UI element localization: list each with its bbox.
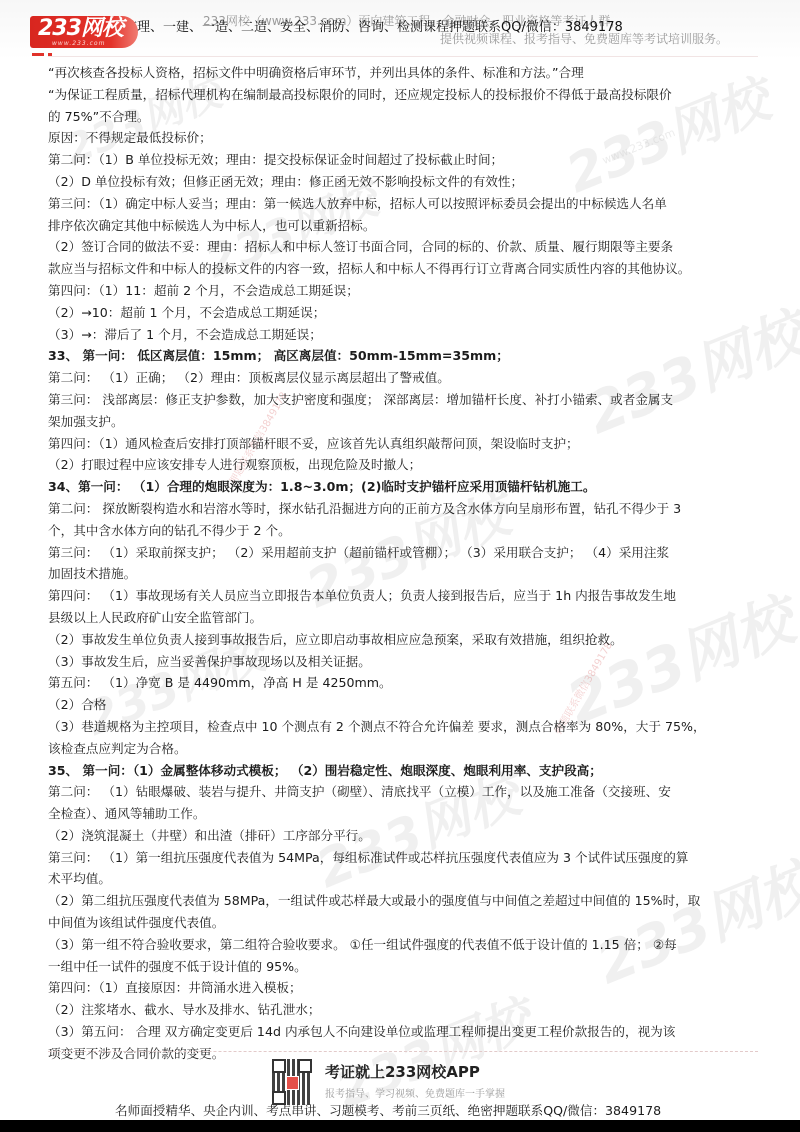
text-line: 第二问： 探放断裂构造水和岩溶水等时，探水钻孔沿掘进方向的正前方及含水体方向呈扇… — [48, 498, 758, 520]
text-line: 第四问：（1）直接原因：井筒涌水进入模板； — [48, 977, 758, 999]
question-34-heading: 34、第一问： （1）合理的炮眼深度为：1.8~3.0m；(2)临时支护锚杆应采… — [48, 476, 758, 498]
text-line: 第二问： （1）钻眼爆破、装岩与提升、井筒支护（砌壁）、清底找平（立模）工作，以… — [48, 781, 758, 803]
text-line: （3）第一组不符合验收要求，第二组符合验收要求。 ①任一组试件强度的代表值不低于… — [48, 934, 758, 956]
text-line: “为保证工程质量，招标代理机构在编制最高投标限价的同时，还应规定投标人的投标报价… — [48, 84, 758, 106]
text-line: 第三问： 浅部离层：修正支护参数，加大支护密度和强度； 深部离层：增加锚杆长度、… — [48, 389, 758, 411]
text-line: 第三问：（1）确定中标人妥当；理由：第一候选人放弃中标，招标人可以按照评标委员会… — [48, 193, 758, 215]
page-header: 233网校（www.233.com）面向建筑工程、金融财会、职业资格等考证人群，… — [0, 0, 800, 60]
logo-text: 233网校 — [38, 16, 123, 42]
question-33-heading: 33、 第一问： 低区离层值：15mm； 高区离层值：50mm-15mm=35m… — [48, 345, 758, 367]
qr-logo-icon — [286, 1076, 299, 1090]
text-line: （2）注浆堵水、截水、导水及排水、钻孔泄水； — [48, 999, 758, 1021]
text-line: （2）合格 — [48, 694, 758, 716]
text-line: 第三问： （1）采取前探支护； （2）采用超前支护（超前锚杆或管棚）； （3）采… — [48, 542, 758, 564]
text-line: 加固技术措施。 — [48, 563, 758, 585]
text-line: 的 75%”不合理。 — [48, 106, 758, 128]
text-line: 个，其中含水体方向的钻孔不得少于 2 个。 — [48, 520, 758, 542]
text-line: （2）→10：超前 1 个月，不会造成总工期延误； — [48, 302, 758, 324]
logo-dash-decoration — [32, 53, 44, 56]
text-line: （2）打眼过程中应该安排专人进行观察顶板，出现危险及时撤人； — [48, 454, 758, 476]
logo-url: www.233.com — [52, 40, 105, 47]
text-line: （2）第二组抗压强度代表值为 58MPa，一组试件或芯样最大或最小的强度值与中间… — [48, 890, 758, 912]
app-promo-title: 考证就上233网校APP — [325, 1061, 480, 1082]
text-line: 中间值为该组试件强度代表值。 — [48, 912, 758, 934]
footer-divider — [48, 1051, 758, 1052]
question-35-heading: 35、 第一问：（1）金属整体移动式模板； （2）围岩稳定性、炮眼深度、炮眼利用… — [48, 760, 758, 782]
text-line: 一组中任一试件的强度不低于设计值的 95%。 — [48, 956, 758, 978]
brand-logo: 233网校 www.233.com — [30, 16, 138, 48]
text-line: 第五问： （1）净宽 B 是 4490mm，净高 H 是 4250mm。 — [48, 672, 758, 694]
footer-contact-line: 名师面授精华、央企内训、考点串讲、习题模考、考前三页纸、绝密押题联系QQ/微信：… — [115, 1100, 661, 1119]
document-body: “再次核查各投标人资格，招标文件中明确资格后审环节，并列出具体的条件、标准和方法… — [48, 62, 758, 1065]
text-line: 第二问： （1）正确； （2）理由：顶板离层仪显示离层超出了警戒值。 — [48, 367, 758, 389]
text-line: 架加强支护。 — [48, 411, 758, 433]
text-line: （2）D 单位投标有效；但修正函无效；理由：修正函无效不影响投标文件的有效性； — [48, 171, 758, 193]
text-line: 第四问：（1）11：超前 2 个月，不会造成总工期延误； — [48, 280, 758, 302]
text-line: 款应当与招标文件和中标人的投标文件的内容一致，招标人和中标人不得再行订立背离合同… — [48, 258, 758, 280]
text-line: 县级以上人民政府矿山安全监管部门。 — [48, 607, 758, 629]
qr-code-icon[interactable] — [272, 1059, 312, 1105]
text-line: （2）浇筑混凝土（井壁）和出渣（排矸）工序部分平行。 — [48, 825, 758, 847]
text-line: 术平均值。 — [48, 868, 758, 890]
text-line: （2）事故发生单位负责人接到事故报告后，应立即启动事故相应应急预案，采取有效措施… — [48, 629, 758, 651]
text-line: 第三问： （1）第一组抗压强度代表值为 54MPa，每组标准试件或芯样抗压强度代… — [48, 847, 758, 869]
text-line: （2）签订合同的做法不妥：理由：招标人和中标人签订书面合同，合同的标的、价款、质… — [48, 236, 758, 258]
text-line: （3）事故发生后，应当妥善保护事故现场以及相关证据。 — [48, 651, 758, 673]
app-promo-subtitle: 报考指导、学习视频、免费题库一手掌握 — [325, 1085, 505, 1100]
text-line: （3）第五问： 合理 双方确定变更后 14d 内承包人不向建设单位或监理工程师提… — [48, 1021, 758, 1043]
header-promo-text: 一建、监理、一建、一造、二造、安全、消防、咨询、检测课程押题联系QQ/微信：38… — [85, 16, 623, 35]
text-line: 第四问： （1）事故现场有关人员应当立即报告本单位负责人；负责人接到报告后，应当… — [48, 585, 758, 607]
text-line: 第二问：（1）B 单位投标无效；理由：提交投标保证金时间超过了投标截止时间； — [48, 149, 758, 171]
text-line: （3）→：滞后了 1 个月，不会造成总工期延误； — [48, 324, 758, 346]
text-line: 该检查点应判定为合格。 — [48, 738, 758, 760]
text-line: 排序依次确定其他中标候选人为中标人，也可以重新招标。 — [48, 215, 758, 237]
text-line: “再次核查各投标人资格，招标文件中明确资格后审环节，并列出具体的条件、标准和方法… — [48, 62, 758, 84]
qr-finder-pattern — [298, 1059, 312, 1073]
text-line: （3）巷道规格为主控项目，检查点中 10 个测点有 2 个测点不符合允许偏差 要… — [48, 716, 758, 738]
text-line: 第四问：（1）通风检查后安排打顶部锚杆眼不妥，应该首先认真组织敲帮问顶，架设临时… — [48, 433, 758, 455]
text-line: 全检查）、通风等辅助工作。 — [48, 803, 758, 825]
header-divider — [48, 56, 758, 57]
bottom-bar — [0, 1120, 800, 1132]
qr-finder-pattern — [272, 1059, 286, 1073]
text-line: 原因：不得规定最低投标价； — [48, 127, 758, 149]
